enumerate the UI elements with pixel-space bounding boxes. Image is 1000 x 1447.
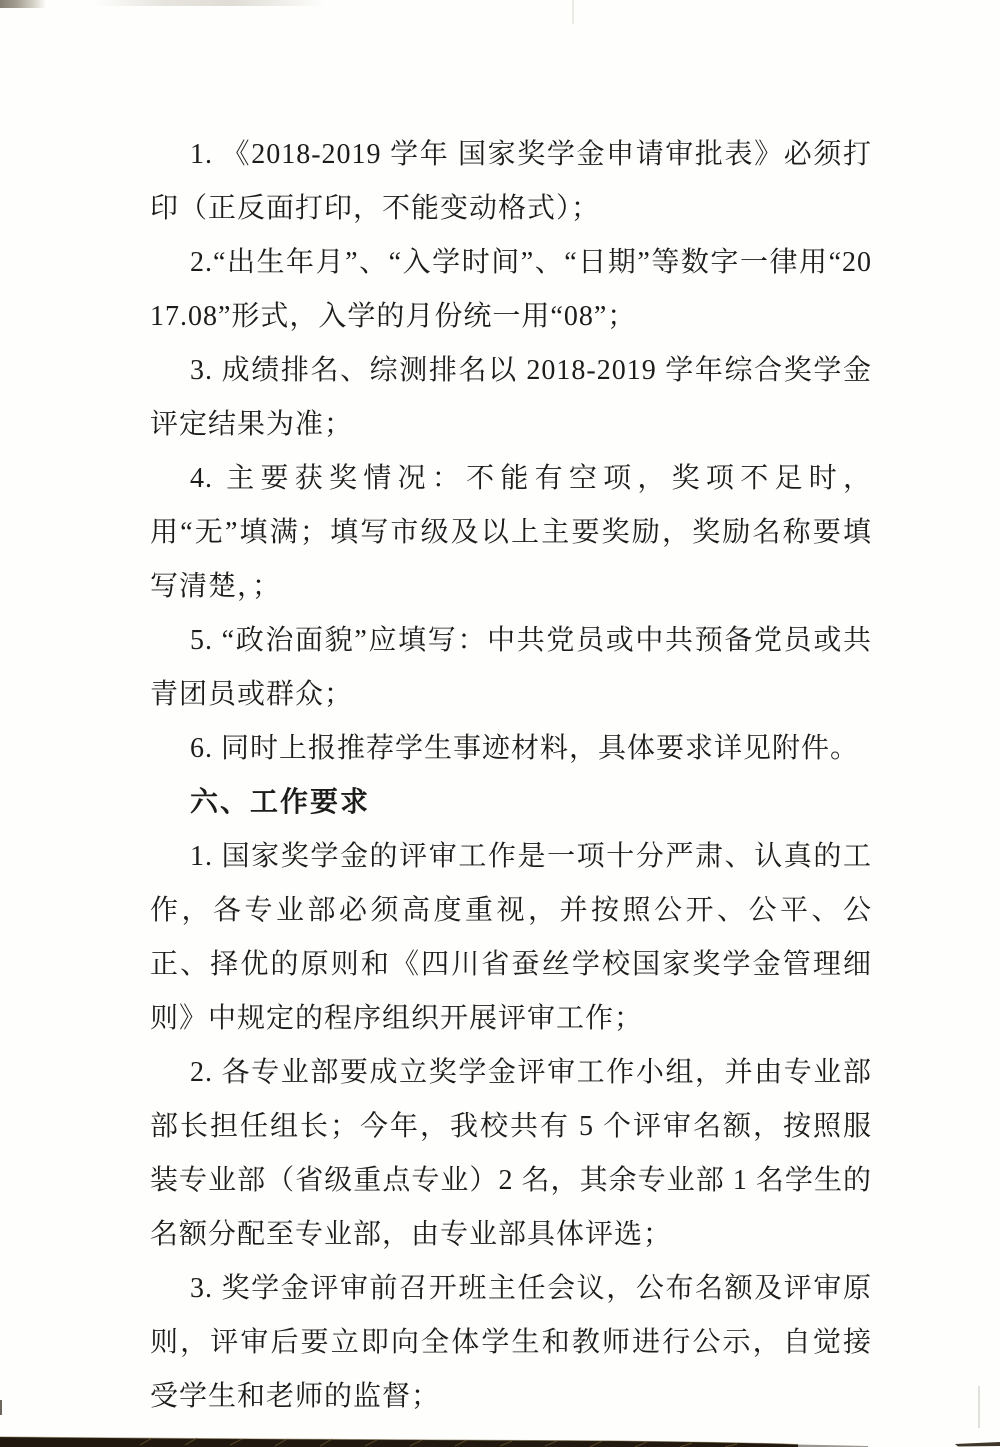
scan-smudge-top-middle: [95, 0, 325, 6]
scan-mark-left-edge: [0, 1400, 2, 1415]
document-text-block: 1. 《2018-2019 学年 国家奖学金申请审批表》必须打印（正反面打印，不…: [150, 128, 872, 1424]
paragraph: 4. 主要获奖情况：不能有空项，奖项不足时，用“无”填满；填写市级及以上主要奖励…: [150, 452, 872, 614]
paragraph: 6. 同时上报推荐学生事迹材料，具体要求详见附件。: [150, 722, 872, 776]
paragraph: 3. 成绩排名、综测排名以 2018-2019 学年综合奖学金评定结果为准；: [150, 344, 872, 452]
paragraph: 2.“出生年月”、“入学时间”、“日期”等数字一律用“2017.08”形式，入学…: [150, 236, 872, 344]
paragraph: 3. 奖学金评审前召开班主任会议，公布名额及评审原则，评审后要立即向全体学生和教…: [150, 1262, 872, 1424]
paragraph: 1. 《2018-2019 学年 国家奖学金申请审批表》必须打印（正反面打印，不…: [150, 128, 872, 236]
scan-smudge-top-left: [0, 0, 46, 8]
scan-crease-bottom-right: [978, 1386, 980, 1428]
paragraph: 1. 国家奖学金的评审工作是一项十分严肃、认真的工作，各专业部必须高度重视，并按…: [150, 830, 872, 1046]
scanned-document-page: 1. 《2018-2019 学年 国家奖学金申请审批表》必须打印（正反面打印，不…: [0, 0, 1000, 1447]
scan-crease-top: [572, 0, 574, 24]
section-heading: 六、工作要求: [150, 776, 872, 830]
paragraph: 5. “政治面貌”应填写：中共党员或中共预备党员或共青团员或群众；: [150, 614, 872, 722]
paragraph: 2. 各专业部要成立奖学金评审工作小组，并由专业部部长担任组长；今年，我校共有 …: [150, 1046, 872, 1262]
